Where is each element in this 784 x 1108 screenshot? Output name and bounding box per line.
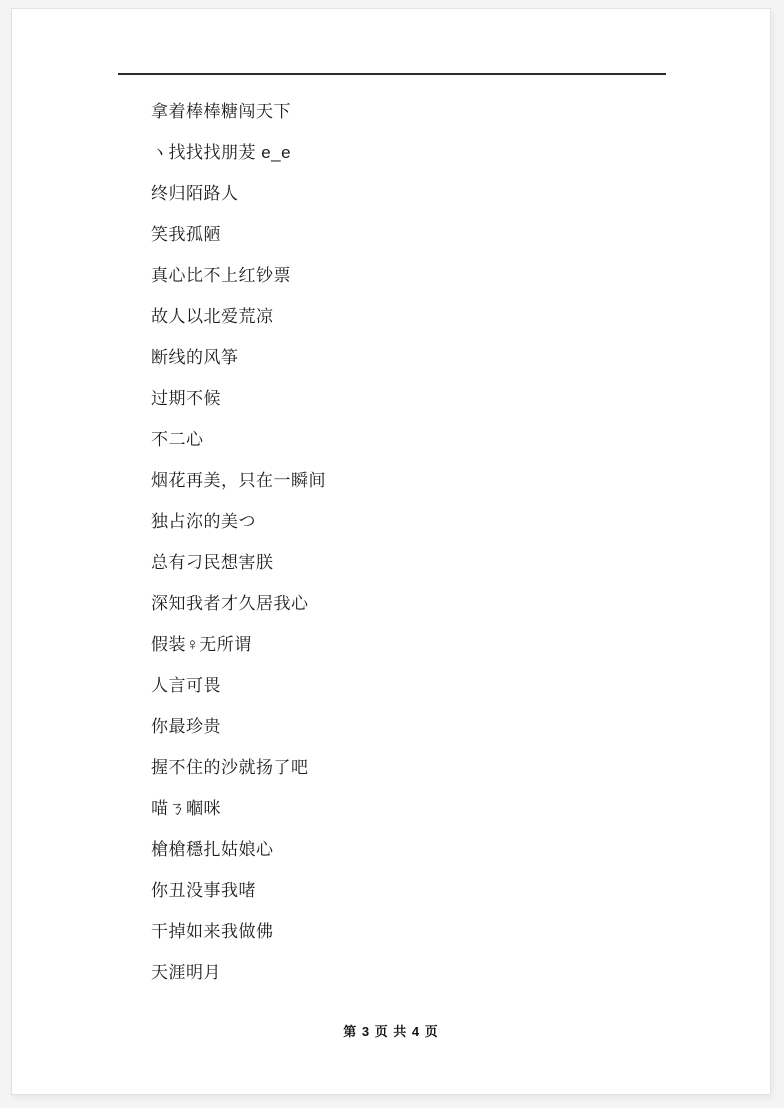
list-item: 故人以北爱荒凉: [151, 308, 730, 325]
list-item: 笑我孤陋: [151, 226, 730, 243]
list-item: 喵ㄋ嗰咪: [151, 800, 730, 817]
list-item: 总有刁民想害朕: [151, 554, 730, 571]
header-underline: [118, 73, 666, 75]
nickname-list: 拿着棒棒糖闯天下ヽ找找找朋茇 e_e终归陌路人笑我孤陋真心比不上红钞票故人以北爱…: [151, 103, 730, 1005]
list-item: 人言可畏: [151, 677, 730, 694]
list-item: 天涯明月: [151, 964, 730, 981]
page-number-footer: 第 3 页 共 4 页: [12, 1021, 770, 1040]
list-item: 过期不候: [151, 390, 730, 407]
list-item: 烟花再美，只在一瞬间: [151, 472, 730, 489]
list-item: 你丑没事我啫: [151, 882, 730, 899]
document-page: 拿着棒棒糖闯天下ヽ找找找朋茇 e_e终归陌路人笑我孤陋真心比不上红钞票故人以北爱…: [11, 8, 771, 1095]
list-item: 终归陌路人: [151, 185, 730, 202]
list-item: 握不住的沙就扬了吧: [151, 759, 730, 776]
list-item: 槍槍穩扎姑娘心: [151, 841, 730, 858]
list-item: 断线的风筝: [151, 349, 730, 366]
list-item: 假装♀无所谓: [151, 636, 730, 653]
document-viewport: 拿着棒棒糖闯天下ヽ找找找朋茇 e_e终归陌路人笑我孤陋真心比不上红钞票故人以北爱…: [0, 0, 784, 1108]
list-item: 拿着棒棒糖闯天下: [151, 103, 730, 120]
list-item: ヽ找找找朋茇 e_e: [151, 144, 730, 161]
list-item: 不二心: [151, 431, 730, 448]
list-item: 干掉如来我做佛: [151, 923, 730, 940]
list-item: 独占沵的美つ: [151, 513, 730, 530]
list-item: 深知我者才久居我心: [151, 595, 730, 612]
list-item: 你最珍贵: [151, 718, 730, 735]
list-item: 真心比不上红钞票: [151, 267, 730, 284]
